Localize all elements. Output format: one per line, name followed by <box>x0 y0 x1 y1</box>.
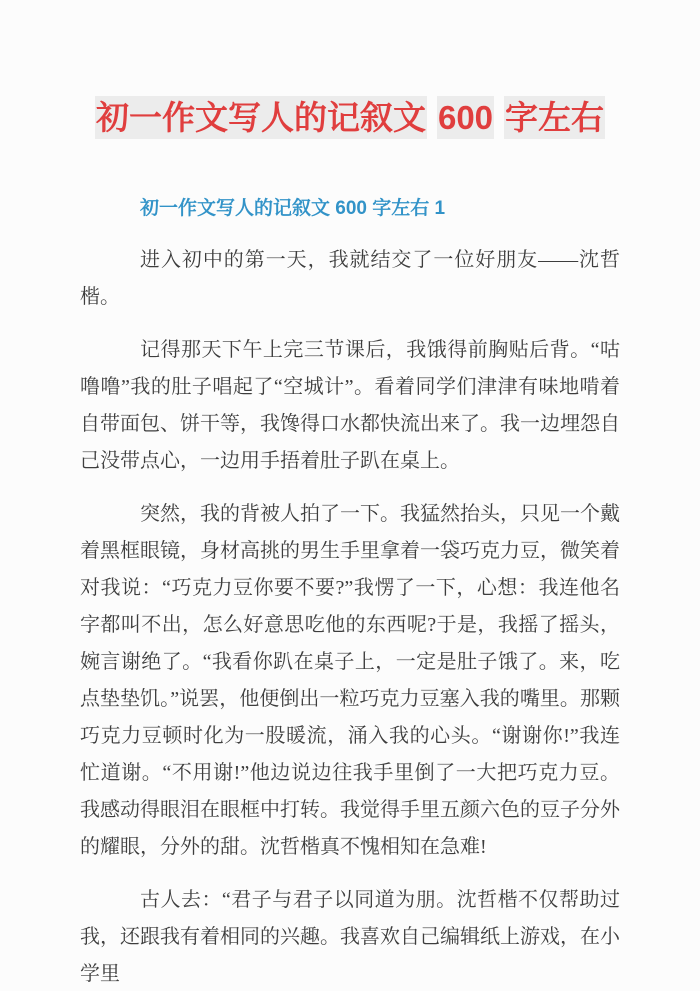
essay-body: 进入初中的第一天，我就结交了一位好朋友——沈哲楷。 记得那天下午上完三节课后，我… <box>80 242 620 991</box>
paragraph: 古人去：“君子与君子以同道为朋。沈哲楷不仅帮助过我，还跟我有着相同的兴趣。我喜欢… <box>80 882 620 991</box>
document-page: 初一作文写人的记叙文600字左右 初一作文写人的记叙文 600 字左右 1 进入… <box>0 0 700 991</box>
section-subtitle: 初一作文写人的记叙文 600 字左右 1 <box>140 193 620 220</box>
title-segment-main: 初一作文写人的记叙文 <box>95 96 427 139</box>
title-segment-number: 600 <box>437 96 494 139</box>
paragraph: 进入初中的第一天，我就结交了一位好朋友——沈哲楷。 <box>80 242 620 316</box>
title-segment-suffix: 字左右 <box>504 96 605 139</box>
paragraph: 突然，我的背被人拍了一下。我猛然抬头，只见一个戴着黑框眼镜，身材高挑的男生手里拿… <box>80 496 620 866</box>
page-title: 初一作文写人的记叙文600字左右 <box>80 92 620 139</box>
paragraph: 记得那天下午上完三节课后，我饿得前胸贴后背。“咕噜噜”我的肚子唱起了“空城计”。… <box>80 332 620 480</box>
